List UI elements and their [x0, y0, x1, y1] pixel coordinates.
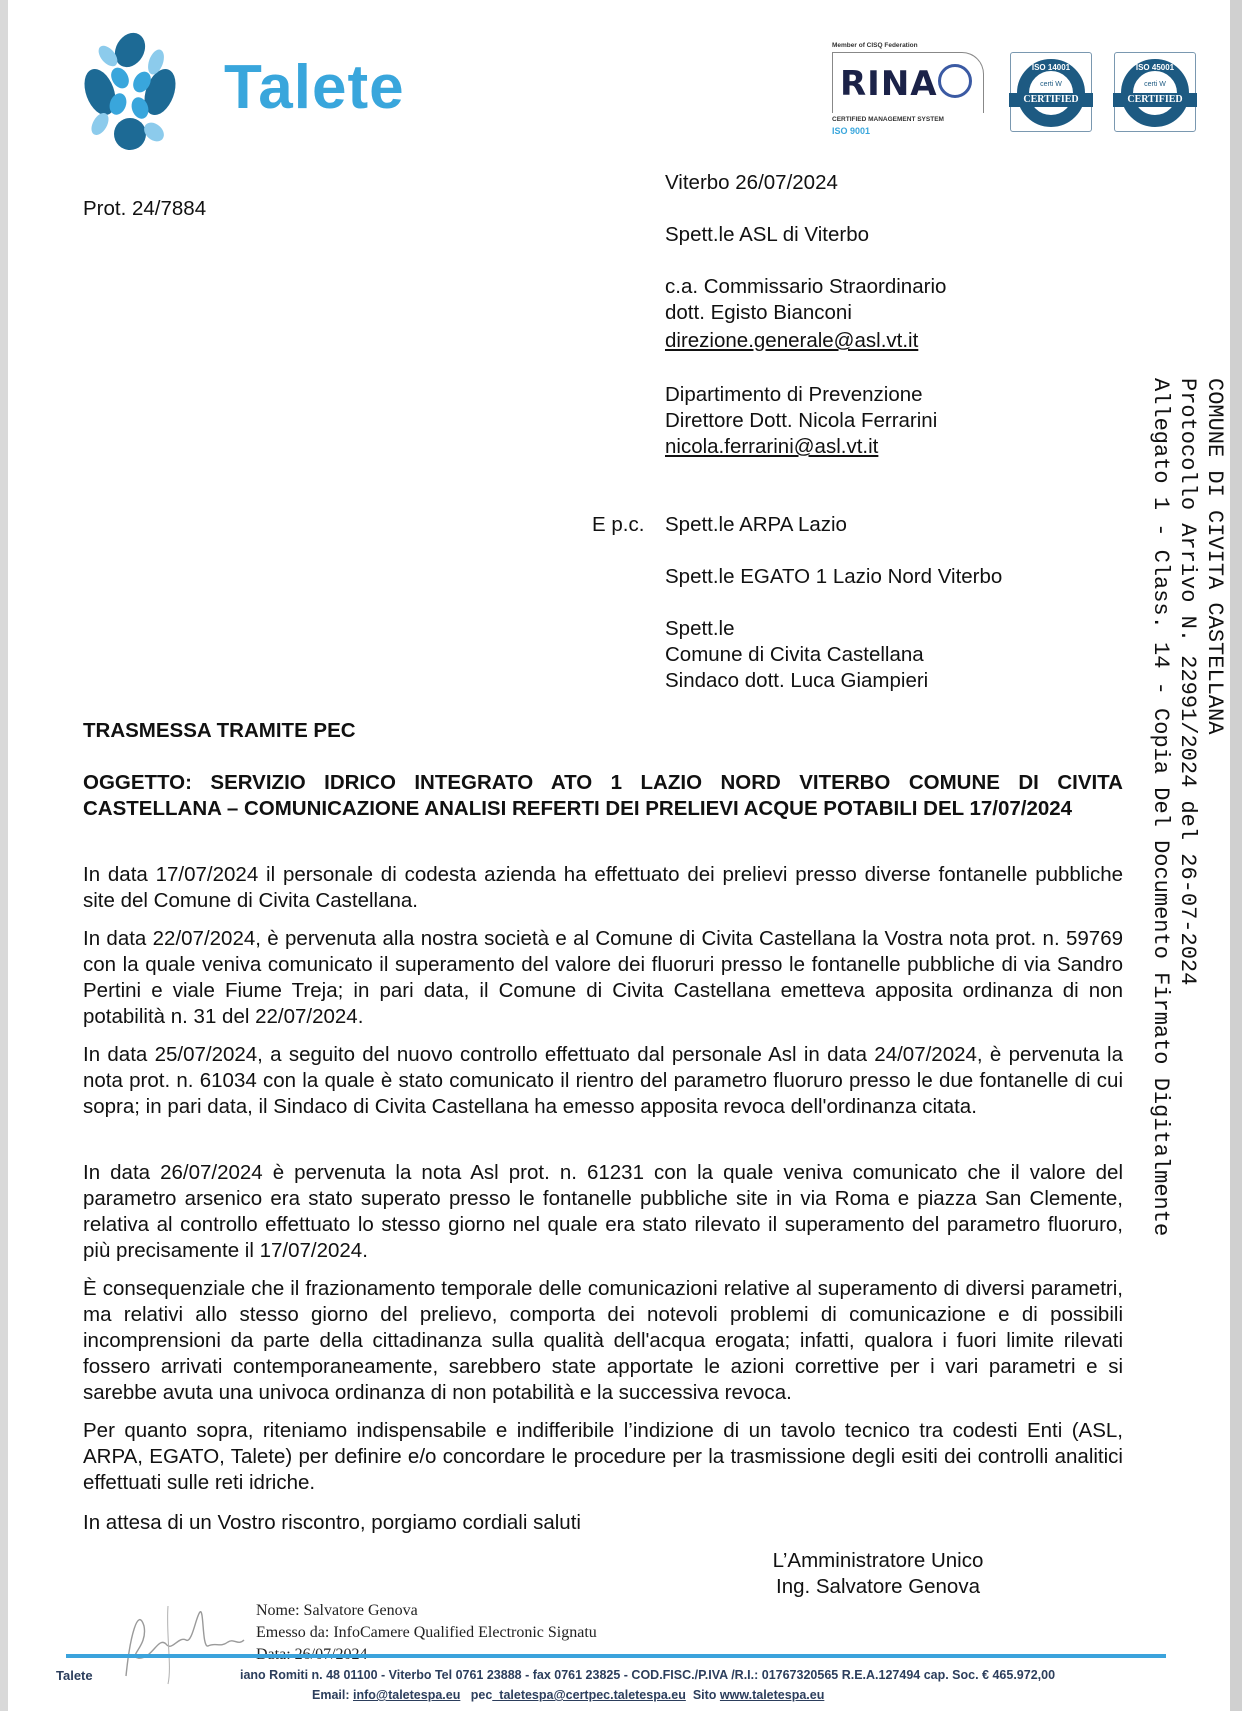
body-paragraph: È consequenziale che il frazionamento te…: [83, 1276, 1123, 1406]
recipient-asl: Spett.le ASL di Viterbo: [665, 222, 869, 248]
footer-address: iano Romiti n. 48 01100 - Viterbo Tel 07…: [240, 1668, 1055, 1682]
recipient-attention-name: dott. Egisto Bianconi: [665, 300, 852, 326]
body-paragraph: In data 25/07/2024, a seguito del nuovo …: [83, 1042, 1123, 1120]
handwritten-signature-icon: [108, 1596, 248, 1686]
brand-name: Talete: [224, 52, 405, 123]
body-paragraph: In data 26/07/2024 è pervenuta la nota A…: [83, 1160, 1123, 1264]
footer-contacts: Email: info@taletespa.eu pec_taletespa@c…: [312, 1688, 824, 1702]
letter-page: Talete Member of CISQ Federation RINA CE…: [8, 0, 1230, 1711]
protocol-stamp: COMUNE DI CIVITA CASTELLANA Protocollo A…: [1138, 378, 1228, 1318]
footer-brand: Talete: [56, 1668, 93, 1683]
recipient-attention: c.a. Commissario Straordinario: [665, 274, 946, 300]
cc-egato: Spett.le EGATO 1 Lazio Nord Viterbo: [665, 564, 1002, 590]
iso-45001-badge: ISO 45001 certi W CERTIFIED: [1114, 52, 1196, 132]
talete-logo-icon: [70, 32, 190, 152]
footer-website-link[interactable]: www.taletespa.eu: [720, 1688, 824, 1702]
recipient-department-director: Direttore Dott. Nicola Ferrarini: [665, 408, 937, 434]
footer-pec-link[interactable]: _taletespa@certpec.taletespa.eu: [492, 1688, 686, 1702]
subject-heading: OGGETTO: SERVIZIO IDRICO INTEGRATO ATO 1…: [83, 770, 1123, 822]
place-date: Viterbo 26/07/2024: [665, 170, 838, 196]
signature-name: Ing. Salvatore Genova: [708, 1574, 1048, 1600]
protocol-stamp-line: Protocollo Arrivo N. 22991/2024 del 26-0…: [1174, 378, 1201, 1236]
transmission-note: TRASMESSA TRAMITE PEC: [83, 718, 356, 744]
rina-member-text: Member of CISQ Federation: [832, 42, 918, 49]
page-edge: [1230, 0, 1242, 1711]
iso-14001-badge: ISO 14001 certi W CERTIFIED: [1010, 52, 1092, 132]
body-paragraph: In data 22/07/2024, è pervenuta alla nos…: [83, 926, 1123, 1030]
digital-signature-name: Nome: Salvatore Genova: [256, 1600, 597, 1622]
recipient-department-email-link[interactable]: nicola.ferrarini@asl.vt.it: [665, 434, 878, 460]
protocol-stamp-line: COMUNE DI CIVITA CASTELLANA: [1201, 378, 1228, 1236]
cc-comune-3: Sindaco dott. Luca Giampieri: [665, 668, 928, 694]
body-paragraph: Per quanto sopra, riteniamo indispensabi…: [83, 1418, 1123, 1496]
protocol-stamp-line: Allegato 1 - Class. 14 - Copia Del Docum…: [1147, 378, 1174, 1236]
rina-logo-text: RINA: [840, 64, 938, 104]
footer-divider: [66, 1654, 1166, 1658]
cc-arpa: Spett.le ARPA Lazio: [665, 512, 847, 538]
rina-system-text: CERTIFIED MANAGEMENT SYSTEM: [832, 116, 944, 123]
protocol-number: Prot. 24/7884: [83, 196, 206, 222]
cc-comune-1: Spett.le: [665, 616, 735, 642]
recipient-department: Dipartimento di Prevenzione: [665, 382, 923, 408]
rina-certification-badge: Member of CISQ Federation RINA CERTIFIED…: [830, 42, 992, 138]
body-paragraph: In data 17/07/2024 il personale di codes…: [83, 862, 1123, 914]
footer-email-link[interactable]: info@taletespa.eu: [353, 1688, 460, 1702]
iqnet-seal-icon: [938, 64, 972, 98]
digital-signature-issuer: Emesso da: InfoCamere Qualified Electron…: [256, 1622, 597, 1644]
rina-iso-text: ISO 9001: [832, 126, 870, 136]
cc-comune-2: Comune di Civita Castellana: [665, 642, 924, 668]
recipient-email-link[interactable]: direzione.generale@asl.vt.it: [665, 328, 918, 354]
closing-paragraph: In attesa di un Vostro riscontro, porgia…: [83, 1510, 1123, 1536]
cc-label: E p.c.: [592, 512, 644, 538]
signature-role: L’Amministratore Unico: [708, 1548, 1048, 1574]
